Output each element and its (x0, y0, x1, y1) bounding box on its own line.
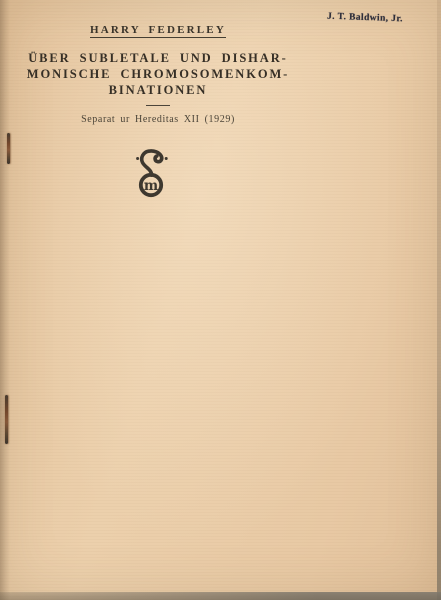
cover-left-edge-shadow (0, 0, 10, 600)
divider-rule (146, 105, 170, 106)
author-name: HARRY FEDERLEY (90, 24, 226, 38)
title-line-3: BINATIONEN (8, 82, 308, 98)
title-line-1: ÜBER SUBLETALE UND DISHAR- (8, 50, 308, 66)
cover-bottom-edge-shadow (0, 592, 441, 600)
title: ÜBER SUBLETALE UND DISHAR- MONISCHE CHRO… (8, 50, 308, 98)
cover-text-block: HARRY FEDERLEY ÜBER SUBLETALE UND DISHAR… (8, 0, 308, 206)
monogram-letter: m (143, 178, 157, 194)
title-line-2: MONISCHE CHROMOSOMENKOM- (8, 66, 308, 82)
mendelian-society-monogram-icon: m (0, 147, 308, 206)
cover-right-edge-shadow (437, 0, 441, 600)
imprint-line: Separat ur Hereditas XII (1929) (8, 114, 308, 125)
owner-stamp: J. T. Baldwin, Jr. (327, 12, 403, 25)
scanned-cover: HARRY FEDERLEY ÜBER SUBLETALE UND DISHAR… (0, 0, 441, 600)
